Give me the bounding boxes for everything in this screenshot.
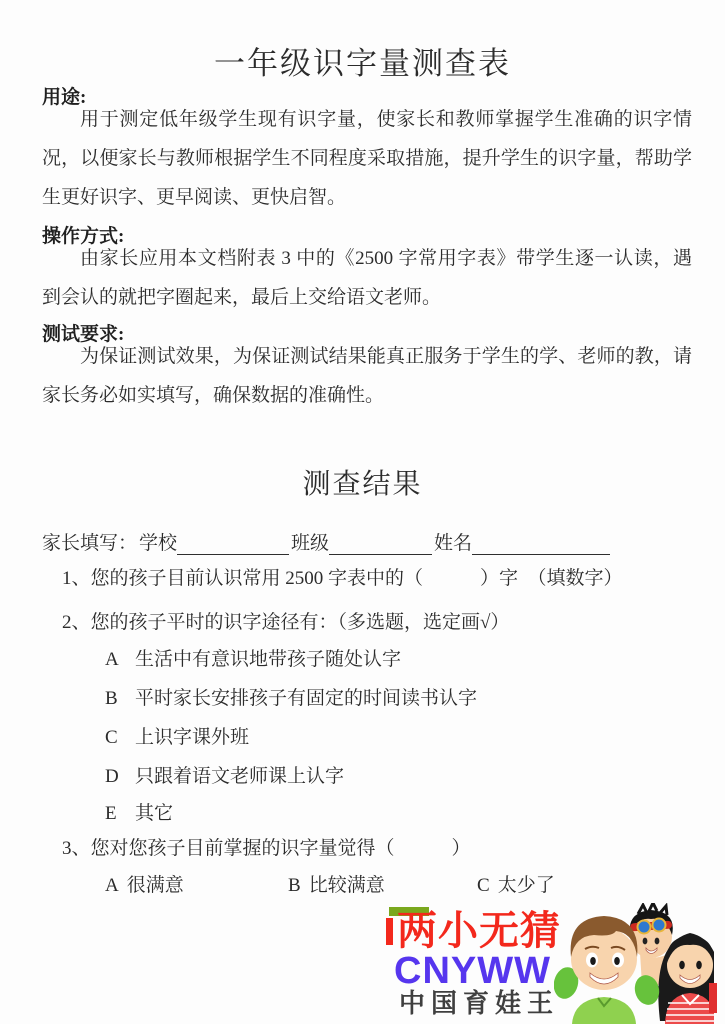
question-3: 3、您对您孩子目前掌握的识字量觉得（ ）: [62, 833, 702, 860]
option-text: 只跟着语文老师课上认字: [135, 766, 344, 787]
question-2-option-c: C上识字课外班: [105, 722, 249, 749]
results-heading: 测查结果: [0, 462, 725, 502]
red-accent-bar: [709, 983, 717, 1013]
option-letter: E: [105, 803, 119, 825]
option-letter: B: [105, 688, 119, 710]
option-text: 平时家长安排孩子有固定的时间读书认字: [135, 688, 477, 709]
option-letter: A: [105, 649, 119, 671]
class-blank-field: [329, 535, 432, 555]
option-letter: C: [477, 875, 490, 896]
name-blank-field: [472, 535, 610, 555]
school-blank-field: [177, 535, 289, 555]
fill-line-prefix: 家长填写：: [42, 533, 137, 554]
question-3-option-a: A很满意: [105, 870, 184, 897]
question-2-option-e: E其它: [105, 798, 173, 825]
school-label: 学校: [139, 533, 177, 554]
question-3-option-b: B比较满意: [288, 870, 385, 897]
option-text: 生活中有意识地带孩子随处认字: [135, 649, 401, 670]
section-body-purpose: 用于测定低年级学生现有识字量，使家长和教师掌握学生准确的识字情况，以便家长与教师…: [42, 100, 692, 217]
option-text: 上识字课外班: [135, 727, 249, 748]
option-text: 其它: [135, 803, 173, 824]
name-label: 姓名: [434, 533, 472, 554]
watermark-logo: 两小无猜 CNYWW 中国育娃王: [386, 903, 725, 1024]
section-body-method: 由家长应用本文档附表 3 中的《2500 字常用字表》带学生逐一认读，遇到会认的…: [42, 239, 692, 317]
parent-fill-line: 家长填写：学校班级姓名: [42, 528, 702, 555]
question-2: 2、您的孩子平时的识字途径有：（多选题，选定画√）: [62, 607, 702, 634]
option-text: 太少了: [498, 875, 555, 896]
question-2-option-a: A生活中有意识地带孩子随处认字: [105, 644, 401, 671]
document-page: 一年级识字量测查表 用途: 用于测定低年级学生现有识字量，使家长和教师掌握学生准…: [0, 0, 725, 1024]
option-letter: A: [105, 875, 119, 896]
brand-name-cn: 两小无猜: [397, 909, 561, 953]
brand-tagline: 中国育娃王: [399, 989, 559, 1018]
question-2-option-d: D只跟着语文老师课上认字: [105, 761, 344, 788]
question-2-option-b: B平时家长安排孩子有固定的时间读书认字: [105, 683, 477, 710]
family-cartoon-icon: [554, 903, 714, 1024]
page-title: 一年级识字量测查表: [0, 38, 725, 83]
red-accent-tick: [386, 918, 393, 945]
option-letter: B: [288, 875, 301, 896]
option-letter: C: [105, 727, 119, 749]
option-text: 很满意: [127, 875, 184, 896]
question-1: 1、您的孩子目前认识常用 2500 字表中的（ ）字 （填数字）: [62, 563, 702, 590]
section-body-requirements: 为保证测试效果，为保证测试结果能真正服务于学生的学、老师的教，请家长务必如实填写…: [42, 337, 692, 415]
class-label: 班级: [291, 533, 329, 554]
question-3-option-c: C太少了: [477, 870, 555, 897]
brand-name-en: CNYWW: [394, 951, 551, 993]
option-text: 比较满意: [309, 875, 385, 896]
option-letter: D: [105, 766, 119, 788]
